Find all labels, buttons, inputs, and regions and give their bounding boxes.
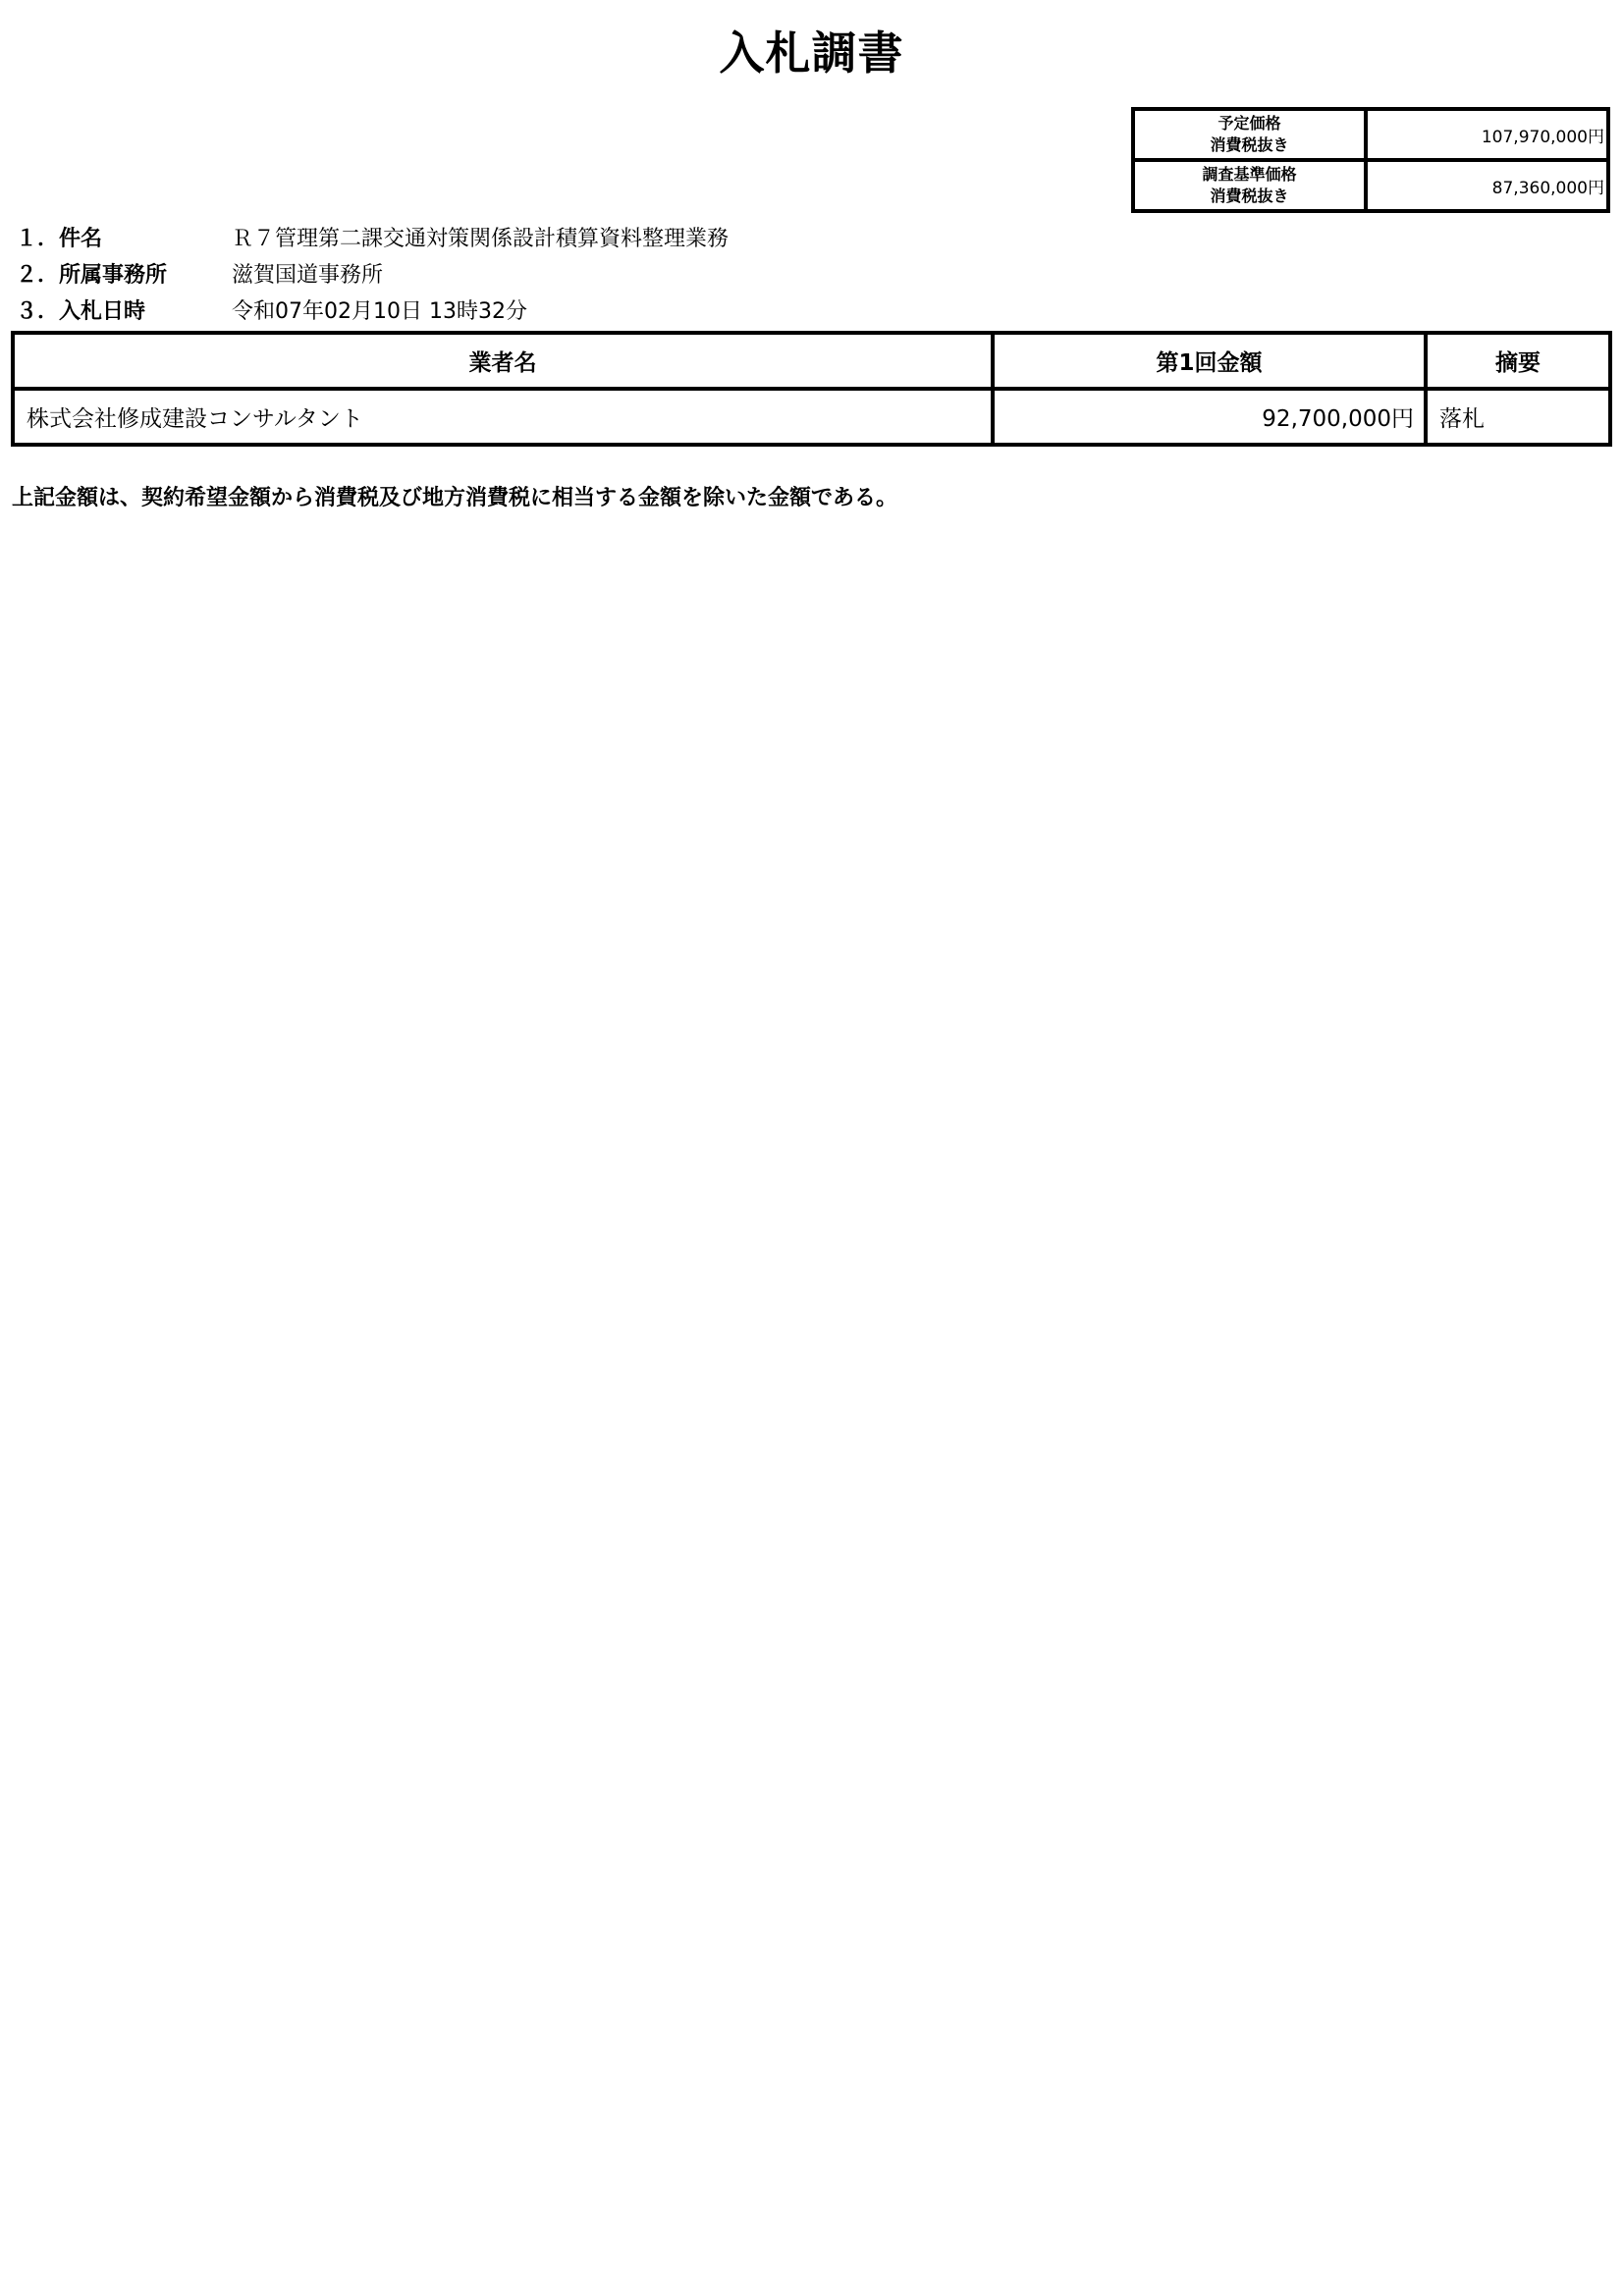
- planned-price-row: 予定価格 消費税抜き 107,970,000円: [1133, 109, 1608, 160]
- survey-base-price-label: 調査基準価格 消費税抜き: [1133, 160, 1366, 211]
- header-remark: 摘要: [1426, 333, 1610, 389]
- bid-remark: 落札: [1426, 389, 1610, 445]
- company-name: 株式会社修成建設コンサルタント: [13, 389, 993, 445]
- planned-price-value: 107,970,000円: [1366, 109, 1608, 160]
- info-number: ２．: [16, 258, 59, 289]
- label-line: 調査基準価格: [1135, 164, 1364, 186]
- document-title: 入札調書: [0, 18, 1623, 82]
- info-number: ３．: [16, 294, 59, 325]
- table-row: 株式会社修成建設コンサルタント 92,700,000円 落札: [13, 389, 1610, 445]
- label-line: 消費税抜き: [1135, 134, 1364, 156]
- label-line: 消費税抜き: [1135, 186, 1364, 207]
- survey-base-price-row: 調査基準価格 消費税抜き 87,360,000円: [1133, 160, 1608, 211]
- header-amount: 第1回金額: [993, 333, 1426, 389]
- info-label: 入札日時: [59, 299, 145, 324]
- footnote: 上記金額は、契約希望金額から消費税及び地方消費税に相当する金額を除いた金額である…: [12, 481, 897, 511]
- info-value-datetime: 令和07年02月10日 13時32分: [232, 294, 527, 325]
- info-value-subject: Ｒ７管理第二課交通対策関係設計積算資料整理業務: [232, 222, 729, 252]
- bid-table-header: 業者名 第1回金額 摘要: [13, 333, 1610, 389]
- info-label: 件名: [59, 227, 102, 251]
- header-company: 業者名: [13, 333, 993, 389]
- info-label-office: ２．所属事務所: [16, 258, 167, 289]
- label-line: 予定価格: [1135, 113, 1364, 134]
- info-value-office: 滋賀国道事務所: [232, 258, 383, 289]
- info-label-datetime: ３．入札日時: [16, 294, 145, 325]
- price-summary-table: 予定価格 消費税抜き 107,970,000円 調査基準価格 消費税抜き 87,…: [1131, 107, 1610, 213]
- bid-table: 業者名 第1回金額 摘要 株式会社修成建設コンサルタント 92,700,000円…: [11, 331, 1612, 447]
- info-label: 所属事務所: [59, 263, 167, 288]
- info-number: １．: [16, 222, 59, 252]
- info-label-subject: １．件名: [16, 222, 102, 252]
- survey-base-price-value: 87,360,000円: [1366, 160, 1608, 211]
- bid-amount: 92,700,000円: [993, 389, 1426, 445]
- planned-price-label: 予定価格 消費税抜き: [1133, 109, 1366, 160]
